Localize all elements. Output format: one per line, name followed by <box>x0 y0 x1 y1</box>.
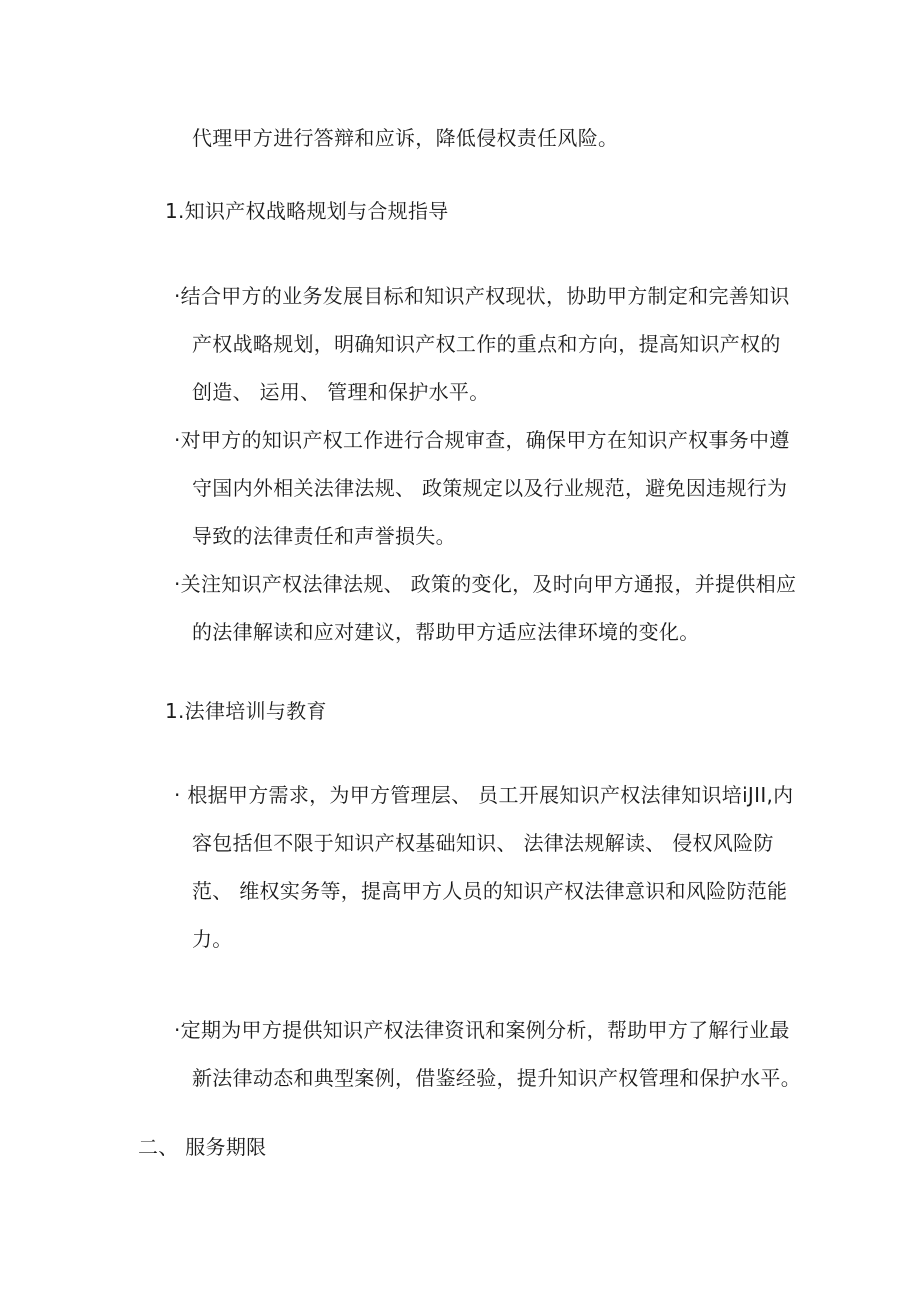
paragraph-block: 代理甲方进行答辩和应诉，降低侵权责任风险。 <box>0 114 920 162</box>
section-heading: 1.知识产权战略规划与合规指导 <box>0 187 920 235</box>
bullet-item: · 根据甲方需求，为甲方管理层、 员工开展知识产权法律知识培iJII,内 容包括… <box>0 771 920 963</box>
bullet-item: ·定期为甲方提供知识产权法律资讯和案例分析，帮助甲方了解行业最 新法律动态和典型… <box>0 1006 920 1102</box>
section-heading: 1.法律培训与教育 <box>0 687 920 735</box>
bullet-item: ·结合甲方的业务发展目标和知识产权现状，协助甲方制定和完善知识 产权战略规划，明… <box>0 272 920 416</box>
bullet-item-line: 创造、 运用、 管理和保护水平。 <box>0 368 920 416</box>
subsection-heading-block: 二、 服务期限 <box>0 1123 920 1171</box>
bullet-item-line: ·关注知识产权法律法规、 政策的变化，及时向甲方通报，并提供相应 <box>0 560 920 608</box>
section-heading-block: 1.法律培训与教育 <box>0 687 920 735</box>
bullet-item: ·对甲方的知识产权工作进行合规审查，确保甲方在知识产权事务中遵 守国内外相关法律… <box>0 416 920 560</box>
paragraph-line: 代理甲方进行答辩和应诉，降低侵权责任风险。 <box>0 114 920 162</box>
bullet-item: ·关注知识产权法律法规、 政策的变化，及时向甲方通报，并提供相应 的法律解读和应… <box>0 560 920 656</box>
document-body: 代理甲方进行答辩和应诉，降低侵权责任风险。 1.知识产权战略规划与合规指导 ·结… <box>0 0 920 1171</box>
bullet-item-line: ·对甲方的知识产权工作进行合规审查，确保甲方在知识产权事务中遵 <box>0 416 920 464</box>
section-heading-block: 1.知识产权战略规划与合规指导 <box>0 187 920 235</box>
bullet-item-line: ·结合甲方的业务发展目标和知识产权现状，协助甲方制定和完善知识 <box>0 272 920 320</box>
subsection-heading: 二、 服务期限 <box>0 1123 920 1171</box>
bullet-item-line: 导致的法律责任和声誉损失。 <box>0 512 920 560</box>
document-page: 代理甲方进行答辩和应诉，降低侵权责任风险。 1.知识产权战略规划与合规指导 ·结… <box>0 0 920 1301</box>
bullet-item-line: 的法律解读和应对建议，帮助甲方适应法律环境的变化。 <box>0 608 920 656</box>
bullet-item-line: 力。 <box>0 915 920 963</box>
bullet-item-line: 产权战略规划，明确知识产权工作的重点和方向，提高知识产权的 <box>0 320 920 368</box>
bullet-item-line: 新法律动态和典型案例，借鉴经验，提升知识产权管理和保护水平。 <box>0 1054 920 1102</box>
bullet-item-line: · 根据甲方需求，为甲方管理层、 员工开展知识产权法律知识培iJII,内 <box>0 771 920 819</box>
bullet-item-line: 容包括但不限于知识产权基础知识、 法律法规解读、 侵权风险防 <box>0 819 920 867</box>
bullet-item-line: 范、 维权实务等，提高甲方人员的知识产权法律意识和风险防范能 <box>0 867 920 915</box>
bullet-item-line: 守国内外相关法律法规、 政策规定以及行业规范，避免因违规行为 <box>0 464 920 512</box>
bullet-item-line: ·定期为甲方提供知识产权法律资讯和案例分析，帮助甲方了解行业最 <box>0 1006 920 1054</box>
